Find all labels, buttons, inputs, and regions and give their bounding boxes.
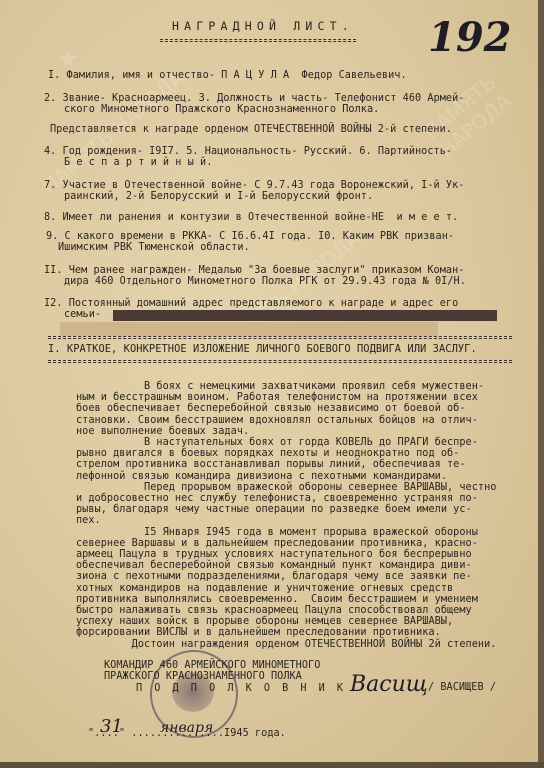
nomination: Представляется к награде орденом ОТЕЧЕСТ… xyxy=(50,124,452,135)
field-address: I2. Постоянный домашний адрес представля… xyxy=(44,298,458,309)
section-heading: I. КРАТКОЕ, КОНКРЕТНОЕ ИЗЛОЖЕНИЕ ЛИЧНОГО… xyxy=(48,344,477,355)
section-rule-bottom xyxy=(48,360,512,363)
body-line: зиона с пехотными подразделениями, благо… xyxy=(76,571,472,582)
page-edge xyxy=(538,0,544,768)
body-line: севернее Варшавы и в дальнейшем преследо… xyxy=(76,538,478,549)
document-title: НАГРАДНОЙ ЛИСТ. xyxy=(172,19,354,33)
body-line: В боях с немецкими захватчиками проявил … xyxy=(76,381,484,392)
body-line: быстро налаживать связь красноармеец Пац… xyxy=(76,605,472,616)
body-line: рывы, благодаря чему частные операции по… xyxy=(76,504,472,515)
body-line: и добросовестно нес службу телефониста, … xyxy=(76,493,478,504)
field-conscription: Ишимским РВК Тюменской области. xyxy=(58,242,250,253)
field-service-since: 9. С какого времени в РККА- С I6.6.4I го… xyxy=(46,231,454,242)
body-line: обеспечивал бесперебойной связью командн… xyxy=(76,560,472,571)
body-line: I5 Января I945 года в момент прорыва вра… xyxy=(76,527,478,538)
body-line: армеец Пацула в трудных условиях наступа… xyxy=(76,549,472,560)
body-line: хотных командиров на подавление и уничто… xyxy=(76,583,453,594)
field-participation: 7. Участие в Отечественной войне- С 9.7.… xyxy=(44,180,464,191)
body-line: успеху наших войск в прорыве обороны нем… xyxy=(76,616,453,627)
field-name: I. Фамилия, имя и отчество- П А Ц У Л А … xyxy=(48,70,407,81)
field-birth-year: 4. Год рождения- I9I7. 5. Национальность… xyxy=(44,146,452,157)
field-prior-awards-order: дира 460 Отдельного Минометного Полка РГ… xyxy=(64,276,466,287)
page-edge-bottom xyxy=(0,762,544,768)
field-prior-awards: II. Чем ранее награжден- Медалью "За бое… xyxy=(44,265,464,276)
date-day: 31 xyxy=(100,716,123,737)
body-line: ным и бесстрашным воином. Работая телефо… xyxy=(76,392,478,403)
signatory-line2: ПРАЖСКОГО КРАСНОЗНАМЕННОГО ПОЛКА xyxy=(104,671,302,682)
section-rule-top xyxy=(48,336,512,339)
body-line: боев обеспечивает бесперебойной связью н… xyxy=(76,403,466,414)
title-underline xyxy=(160,39,356,42)
body-line: стрелом противника восстанавливал порывы… xyxy=(76,459,466,470)
field-rank: 2. Звание- Красноармеец. 3. Должность и … xyxy=(44,93,464,104)
body-line: противника выполнялись своевременно. Сво… xyxy=(76,594,478,605)
field-unit: ского Минометного Пражского Краснознамен… xyxy=(64,104,379,115)
body-line: форсировании ВИСЛЫ и в дальнейшем пресле… xyxy=(76,627,441,638)
redacted-address xyxy=(113,310,497,321)
body-line: рывно двигался в боевых порядках пехоты … xyxy=(76,448,459,459)
handwritten-signature: Васищ xyxy=(350,672,428,697)
body-line: лефонной связью командира дивизиона с пе… xyxy=(76,471,447,482)
field-party: Б е с п а р т и й н ы й. xyxy=(64,157,212,168)
field-wounds: 8. Имеет ли ранения и контузии в Отечест… xyxy=(44,212,458,223)
body-line: Достоин награждения орденом ОТЕЧЕСТВЕННО… xyxy=(76,639,496,650)
field-fronts: раинский, 2-й Белорусский и I-й Белорусс… xyxy=(64,191,373,202)
signatory-rank: П О Д П О Л К О В Н И К xyxy=(136,683,346,694)
date-month: января xyxy=(160,720,213,736)
body-line: В наступательных боях от горда КОВЕЛЬ до… xyxy=(76,437,478,448)
signatory-line1: КОМАНДИР 460 АРМЕЙСКОГО МИНОМЕТНОГО xyxy=(104,660,320,671)
body-line: Перед прорывом вражеской обороны северне… xyxy=(76,482,496,493)
body-line: становки. Своим бесстрашием вдохновлял о… xyxy=(76,415,478,426)
body-line: ное выполнение боевых задач. xyxy=(76,426,249,437)
signatory-name: / ВАСИЩЕВ / xyxy=(428,682,496,693)
field-family: семьи- xyxy=(64,309,101,320)
body-line: пех. xyxy=(76,515,101,526)
archive-number: 192 xyxy=(428,14,512,61)
redacted-area xyxy=(60,322,438,336)
